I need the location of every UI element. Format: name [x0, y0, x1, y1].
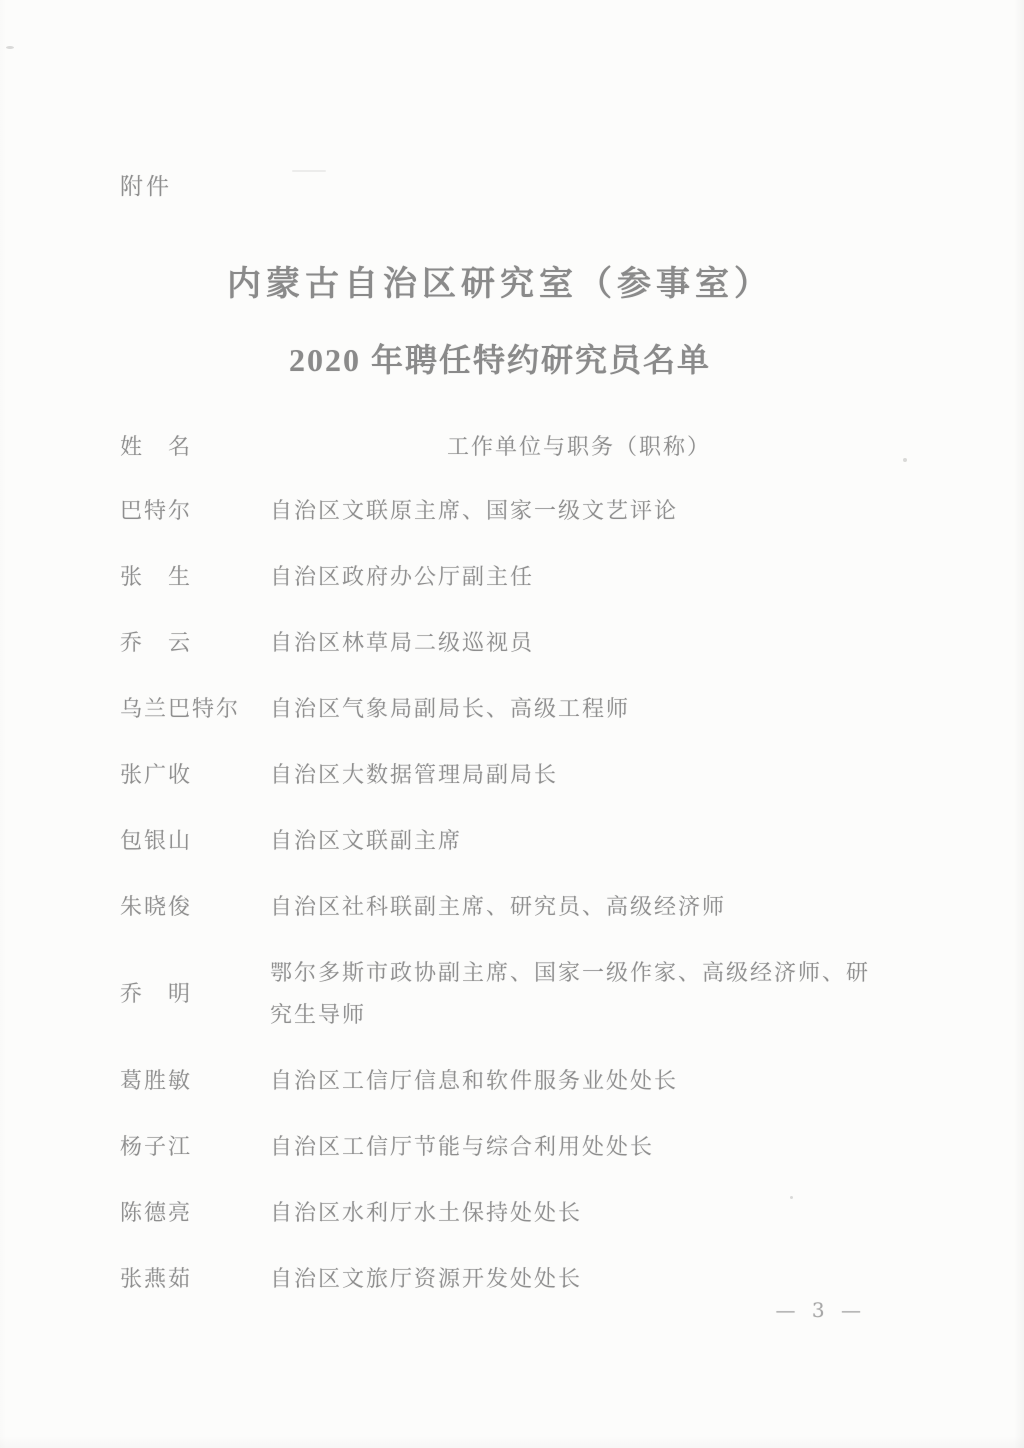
- column-header-position: 工作单位与职务（职称）: [270, 432, 890, 462]
- table-header-row: 姓 名 工作单位与职务（职称）: [120, 432, 898, 462]
- researcher-position: 自治区社科联副主席、研究员、高级经济师: [270, 886, 890, 928]
- researcher-position: 自治区文旅厅资源开发处处长: [270, 1258, 890, 1300]
- researcher-name: 乔 明: [120, 979, 270, 1009]
- researcher-position: 自治区水利厅水土保持处处长: [270, 1192, 890, 1234]
- scanned-document-page: 附件 内蒙古自治区研究室（参事室） 2020 年聘任特约研究员名单 姓 名 工作…: [0, 0, 1024, 1448]
- researchers-table: 姓 名 工作单位与职务（职称） 巴特尔 自治区文联原主席、国家一级文艺评论 张 …: [120, 432, 898, 1300]
- researcher-name: 巴特尔: [120, 496, 270, 526]
- researcher-position: 自治区文联副主席: [270, 820, 890, 862]
- attachment-label: 附件: [120, 168, 172, 201]
- researcher-name: 乔 云: [120, 628, 270, 658]
- researcher-name: 杨子江: [120, 1132, 270, 1162]
- table-row: 杨子江 自治区工信厅节能与综合利用处处长: [120, 1126, 898, 1168]
- researcher-position: 自治区文联原主席、国家一级文艺评论: [270, 490, 890, 532]
- table-row: 乔 云 自治区林草局二级巡视员: [120, 622, 898, 664]
- table-row: 张 生 自治区政府办公厅副主任: [120, 556, 898, 598]
- table-row: 葛胜敏 自治区工信厅信息和软件服务业处处长: [120, 1060, 898, 1102]
- document-title-line1: 内蒙古自治区研究室（参事室）: [0, 256, 1000, 305]
- researcher-name: 张 生: [120, 562, 270, 592]
- document-title: 内蒙古自治区研究室（参事室） 2020 年聘任特约研究员名单: [0, 256, 1000, 381]
- researcher-position: 自治区气象局副局长、高级工程师: [270, 688, 890, 730]
- researcher-position: 自治区大数据管理局副局长: [270, 754, 890, 796]
- scan-speck: [903, 458, 907, 462]
- table-row: 乌兰巴特尔 自治区气象局副局长、高级工程师: [120, 688, 898, 730]
- table-row: 包银山 自治区文联副主席: [120, 820, 898, 862]
- researcher-name: 朱晓俊: [120, 892, 270, 922]
- researcher-position: 自治区林草局二级巡视员: [270, 622, 890, 664]
- table-row: 巴特尔 自治区文联原主席、国家一级文艺评论: [120, 490, 898, 532]
- scan-speck: [6, 46, 14, 49]
- table-row: 张燕茹 自治区文旅厅资源开发处处长: [120, 1258, 898, 1300]
- researcher-position: 鄂尔多斯市政协副主席、国家一级作家、高级经济师、研究生导师: [270, 952, 890, 1036]
- researcher-name: 葛胜敏: [120, 1066, 270, 1096]
- researcher-name: 包银山: [120, 826, 270, 856]
- researcher-name: 陈德亮: [120, 1198, 270, 1228]
- researcher-position: 自治区政府办公厅副主任: [270, 556, 890, 598]
- page-number: — 3 —: [776, 1298, 866, 1322]
- table-body: 巴特尔 自治区文联原主席、国家一级文艺评论 张 生 自治区政府办公厅副主任 乔 …: [120, 490, 898, 1300]
- researcher-name: 乌兰巴特尔: [120, 694, 270, 724]
- table-row: 乔 明 鄂尔多斯市政协副主席、国家一级作家、高级经济师、研究生导师: [120, 952, 898, 1036]
- document-title-line2: 2020 年聘任特约研究员名单: [0, 335, 1000, 381]
- researcher-position: 自治区工信厅节能与综合利用处处长: [270, 1126, 890, 1168]
- table-row: 张广收 自治区大数据管理局副局长: [120, 754, 898, 796]
- researcher-name: 张广收: [120, 760, 270, 790]
- table-row: 朱晓俊 自治区社科联副主席、研究员、高级经济师: [120, 886, 898, 928]
- table-row: 陈德亮 自治区水利厅水土保持处处长: [120, 1192, 898, 1234]
- researcher-position: 自治区工信厅信息和软件服务业处处长: [270, 1060, 890, 1102]
- scan-speck: [292, 170, 326, 172]
- researcher-name: 张燕茹: [120, 1264, 270, 1294]
- column-header-name: 姓 名: [120, 432, 270, 462]
